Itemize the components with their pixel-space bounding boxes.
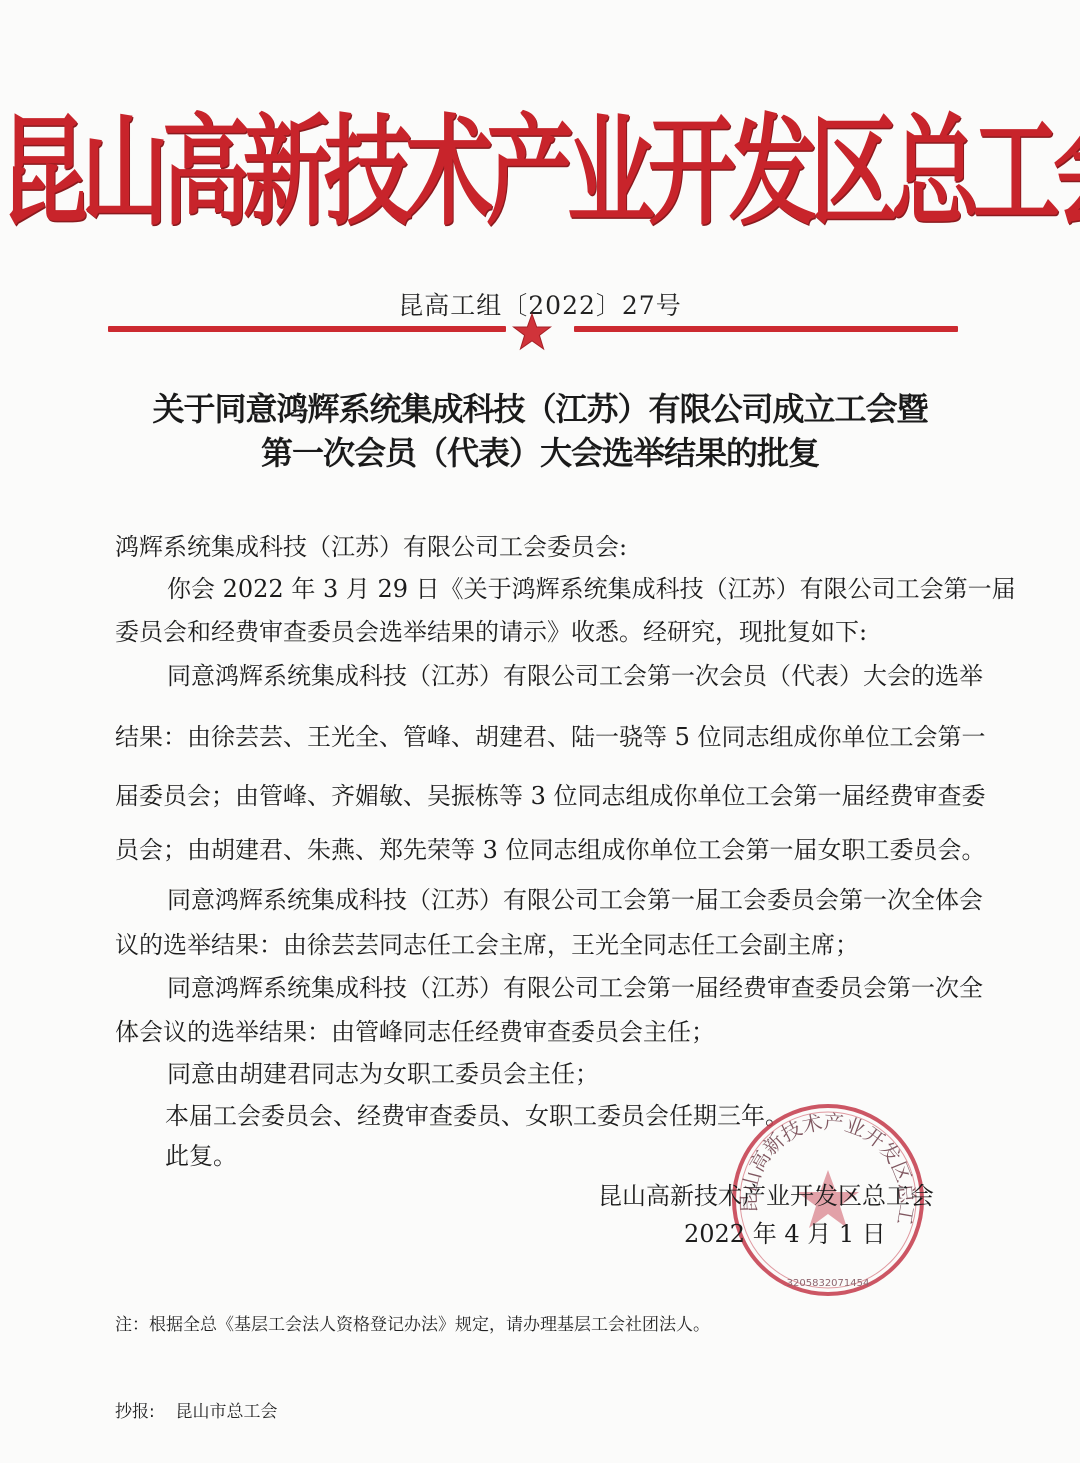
body-line: 体会议的选举结果：由管峰同志任经费审查委员会主任； xyxy=(115,1012,985,1047)
body-line: 你会 2022 年 3 月 29 日《关于鸿辉系统集成科技（江苏）有限公司工会第… xyxy=(115,569,1037,604)
body-line: 同意鸿辉系统集成科技（江苏）有限公司工会第一届工会委员会第一次全体会 xyxy=(115,880,1037,915)
red-rule-left xyxy=(108,326,506,332)
red-star-icon xyxy=(512,312,552,352)
svg-text:3205832071454: 3205832071454 xyxy=(787,1278,870,1289)
body-line: 委员会和经费审查委员会选举结果的请示》收悉。经研究，现批复如下: xyxy=(115,612,985,647)
body-line: 同意鸿辉系统集成科技（江苏）有限公司工会第一次会员（代表）大会的选举 xyxy=(115,656,1037,691)
addressee: 鸿辉系统集成科技（江苏）有限公司工会委员会: xyxy=(115,527,985,562)
body-line: 议的选举结果：由徐芸芸同志任工会主席，王光全同志任工会副主席； xyxy=(115,925,985,960)
document-title-line1: 关于同意鸿辉系统集成科技（江苏）有限公司成立工会暨 xyxy=(0,384,1080,430)
signature-date: 2022 年 4 月 1 日 xyxy=(684,1214,886,1249)
body-line: 结果：由徐芸芸、王光全、管峰、胡建君、陆一骁等 5 位同志组成你单位工会第一 xyxy=(115,717,985,752)
document-title-line2: 第一次会员（代表）大会选举结果的批复 xyxy=(0,428,1080,474)
cc-label: 抄报: xyxy=(115,1402,155,1422)
red-rule-right xyxy=(574,326,958,332)
footnote: 注：根据全总《基层工会法人资格登记办法》规定，请办理基层工会社团法人。 xyxy=(115,1310,710,1335)
body-line: 员会；由胡建君、朱燕、郑先荣等 3 位同志组成你单位工会第一届女职工委员会。 xyxy=(115,830,985,865)
cc-recipient: 昆山市总工会 xyxy=(176,1402,278,1422)
body-line: 届委员会；由管峰、齐媚敏、吴振栋等 3 位同志组成你单位工会第一届经费审查委 xyxy=(115,776,985,811)
document-page: 昆山高新技术产业开发区总工会 昆高工组〔2022〕27号 关于同意鸿辉系统集成科… xyxy=(0,0,1080,1463)
cc-line: 抄报: 昆山市总工会 xyxy=(115,1397,278,1422)
body-line: 同意由胡建君同志为女职工委员会主任； xyxy=(115,1054,1037,1089)
issuer-masthead: 昆山高新技术产业开发区总工会 xyxy=(0,78,1080,248)
body-line: 同意鸿辉系统集成科技（江苏）有限公司工会第一届经费审查委员会第一次全 xyxy=(115,968,1037,1003)
signature-organization: 昆山高新技术产业开发区总工会 xyxy=(598,1176,934,1211)
